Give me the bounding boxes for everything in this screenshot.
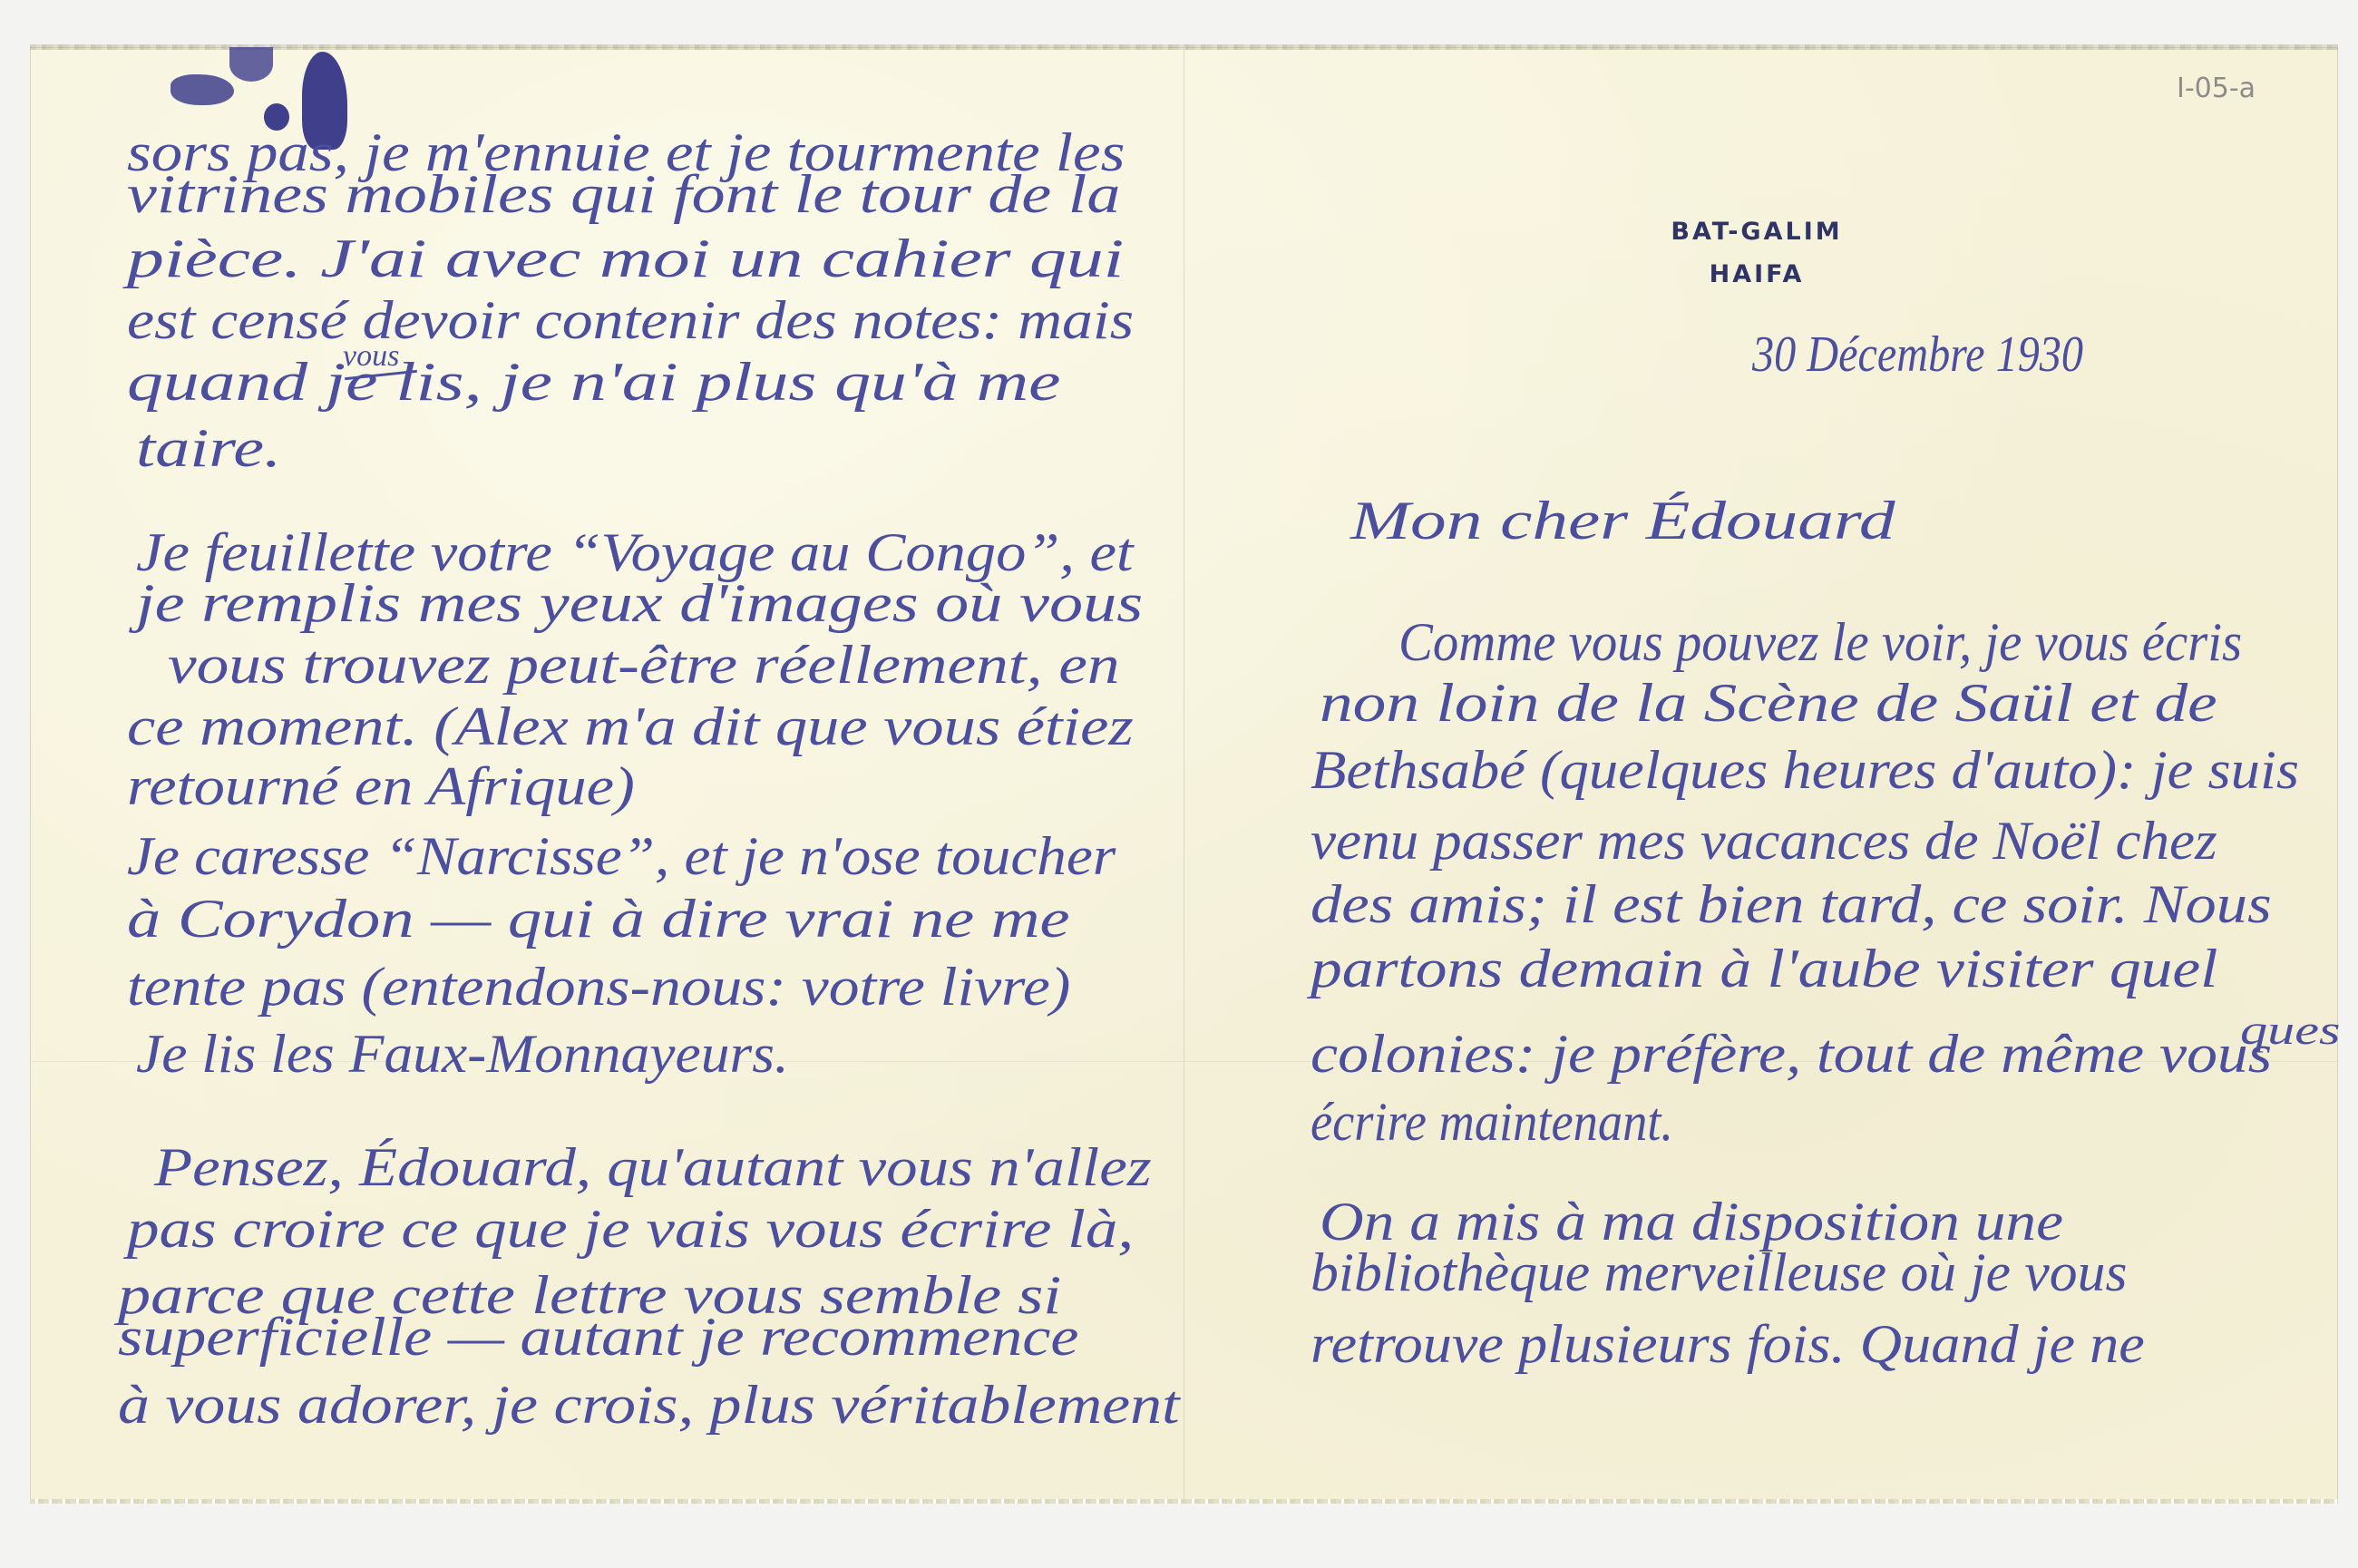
left-page-line: Je caresse “Narcisse”, et je n'ose touch… xyxy=(127,829,1116,883)
ink-blot xyxy=(229,47,273,82)
left-page-line: pas croire ce que je vais vous écrire là… xyxy=(127,1202,1134,1256)
left-page-line: ce moment. (Alex m'a dit que vous étiez xyxy=(127,699,1134,754)
letterhead-line-1: BAT-GALIM xyxy=(1671,218,1842,246)
center-fold xyxy=(1184,47,1185,1501)
left-page-line: taire. xyxy=(136,421,281,475)
right-page-line: Bethsabé (quelques heures d'auto): je su… xyxy=(1311,743,2299,797)
right-page-line: non loin de la Scène de Saül et de xyxy=(1320,676,2217,730)
left-page-line: je remplis mes yeux d'images où vous xyxy=(136,576,1143,630)
right-page-line: des amis; il est bien tard, ce soir. Nou… xyxy=(1311,877,2272,931)
right-page-line: On a mis à ma disposition une xyxy=(1320,1194,2063,1249)
left-page-line: vitrines mobiles qui font le tour de la xyxy=(127,167,1120,221)
left-page-line: pièce. J'ai avec moi un cahier qui xyxy=(127,231,1124,286)
left-page-line: quand je lis, je n'ai plus qu'à me xyxy=(127,355,1060,409)
archive-mark: I-05-a xyxy=(2177,73,2256,104)
right-page-line: partons demain à l'aube visiter quel xyxy=(1311,941,2217,996)
insertion-caret-text: vous xyxy=(343,339,399,374)
left-page-line: retourné en Afrique) xyxy=(127,759,635,813)
right-page-line: Comme vous pouvez le voir, je vous écris xyxy=(1398,615,2242,669)
left-page-line: à Corydon — qui à dire vrai ne me xyxy=(127,891,1070,946)
letterhead-line-2: HAIFA xyxy=(1710,260,1805,288)
right-page-line: retrouve plusieurs fois. Quand je ne xyxy=(1311,1317,2145,1371)
margin-continuation: ques xyxy=(2240,1009,2340,1051)
left-page-line: Je lis les Faux-Monnayeurs. xyxy=(136,1027,789,1081)
left-page-line: Pensez, Édouard, qu'autant vous n'allez xyxy=(154,1140,1152,1194)
right-page-line: colonies: je préfère, tout de même vous xyxy=(1311,1027,2272,1081)
left-page-line: est censé devoir contenir des notes: mai… xyxy=(127,293,1134,347)
salutation: Mon cher Édouard xyxy=(1350,493,1895,548)
left-page-line: superficielle — autant je recommence xyxy=(118,1310,1078,1364)
left-page-line: à vous adorer, je crois, plus véritablem… xyxy=(118,1378,1179,1432)
right-page-line: bibliothèque merveilleuse où je vous xyxy=(1311,1245,2127,1300)
left-page-line: vous trouvez peut-être réellement, en xyxy=(168,638,1119,692)
right-page-line: écrire maintenant. xyxy=(1311,1095,1673,1149)
ink-blot xyxy=(171,74,234,105)
left-page-line: tente pas (entendons-nous: votre livre) xyxy=(127,959,1070,1014)
letter-date: 30 Décembre 1930 xyxy=(1752,329,2083,380)
left-page-line: Je feuillette votre “Voyage au Congo”, e… xyxy=(136,525,1134,579)
right-page-line: venu passer mes vacances de Noël chez xyxy=(1311,813,2217,868)
